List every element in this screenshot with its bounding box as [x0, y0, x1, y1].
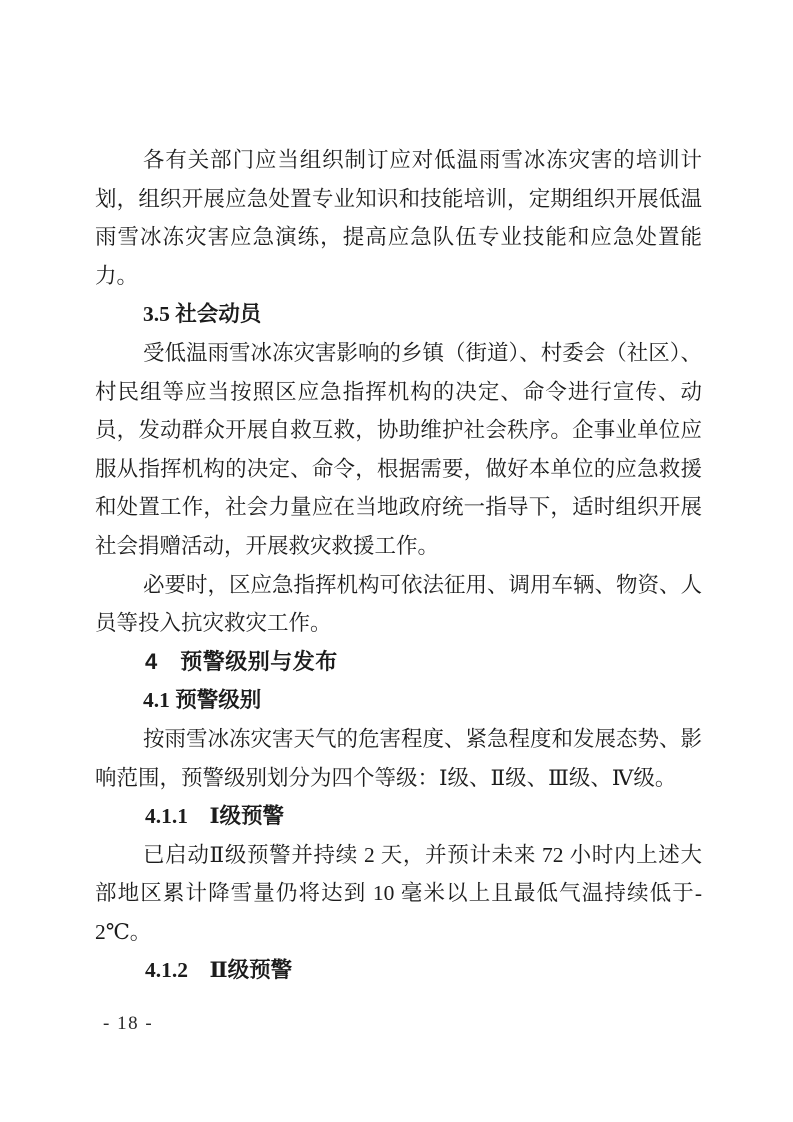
page-number: - 18 - [103, 1010, 153, 1038]
body-paragraph-warning-levels: 按雨雪冰冻灾害天气的危害程度、紧急程度和发展态势、影响范围，预警级别划分为四个等… [95, 720, 702, 797]
document-page: 各有关部门应当组织制订应对低温雨雪冰冻灾害的培训计划，组织开展应急处置专业知识和… [0, 0, 793, 1122]
body-paragraph-training: 各有关部门应当组织制订应对低温雨雪冰冻灾害的培训计划，组织开展应急处置专业知识和… [95, 141, 702, 295]
section-3-5-heading: 3.5 社会动员 [95, 295, 702, 334]
section-4-1-heading: 4.1 预警级别 [95, 681, 702, 720]
section-4-1-1-heading: 4.1.1 Ⅰ级预警 [95, 797, 702, 836]
page-body: 各有关部门应当组织制订应对低温雨雪冰冻灾害的培训计划，组织开展应急处置专业知识和… [95, 141, 702, 990]
chapter-4-heading: 4 预警级别与发布 [95, 643, 702, 682]
section-4-1-2-heading: 4.1.2 Ⅱ级预警 [95, 951, 702, 990]
body-paragraph-level-1-criteria: 已启动Ⅱ级预警并持续 2 天，并预计未来 72 小时内上述大部地区累计降雪量仍将… [95, 836, 702, 952]
body-paragraph-social-mobilization: 受低温雨雪冰冻灾害影响的乡镇（街道）、村委会（社区）、村民组等应当按照区应急指挥… [95, 334, 702, 566]
body-paragraph-requisition: 必要时，区应急指挥机构可依法征用、调用车辆、物资、人员等投入抗灾救灾工作。 [95, 566, 702, 643]
